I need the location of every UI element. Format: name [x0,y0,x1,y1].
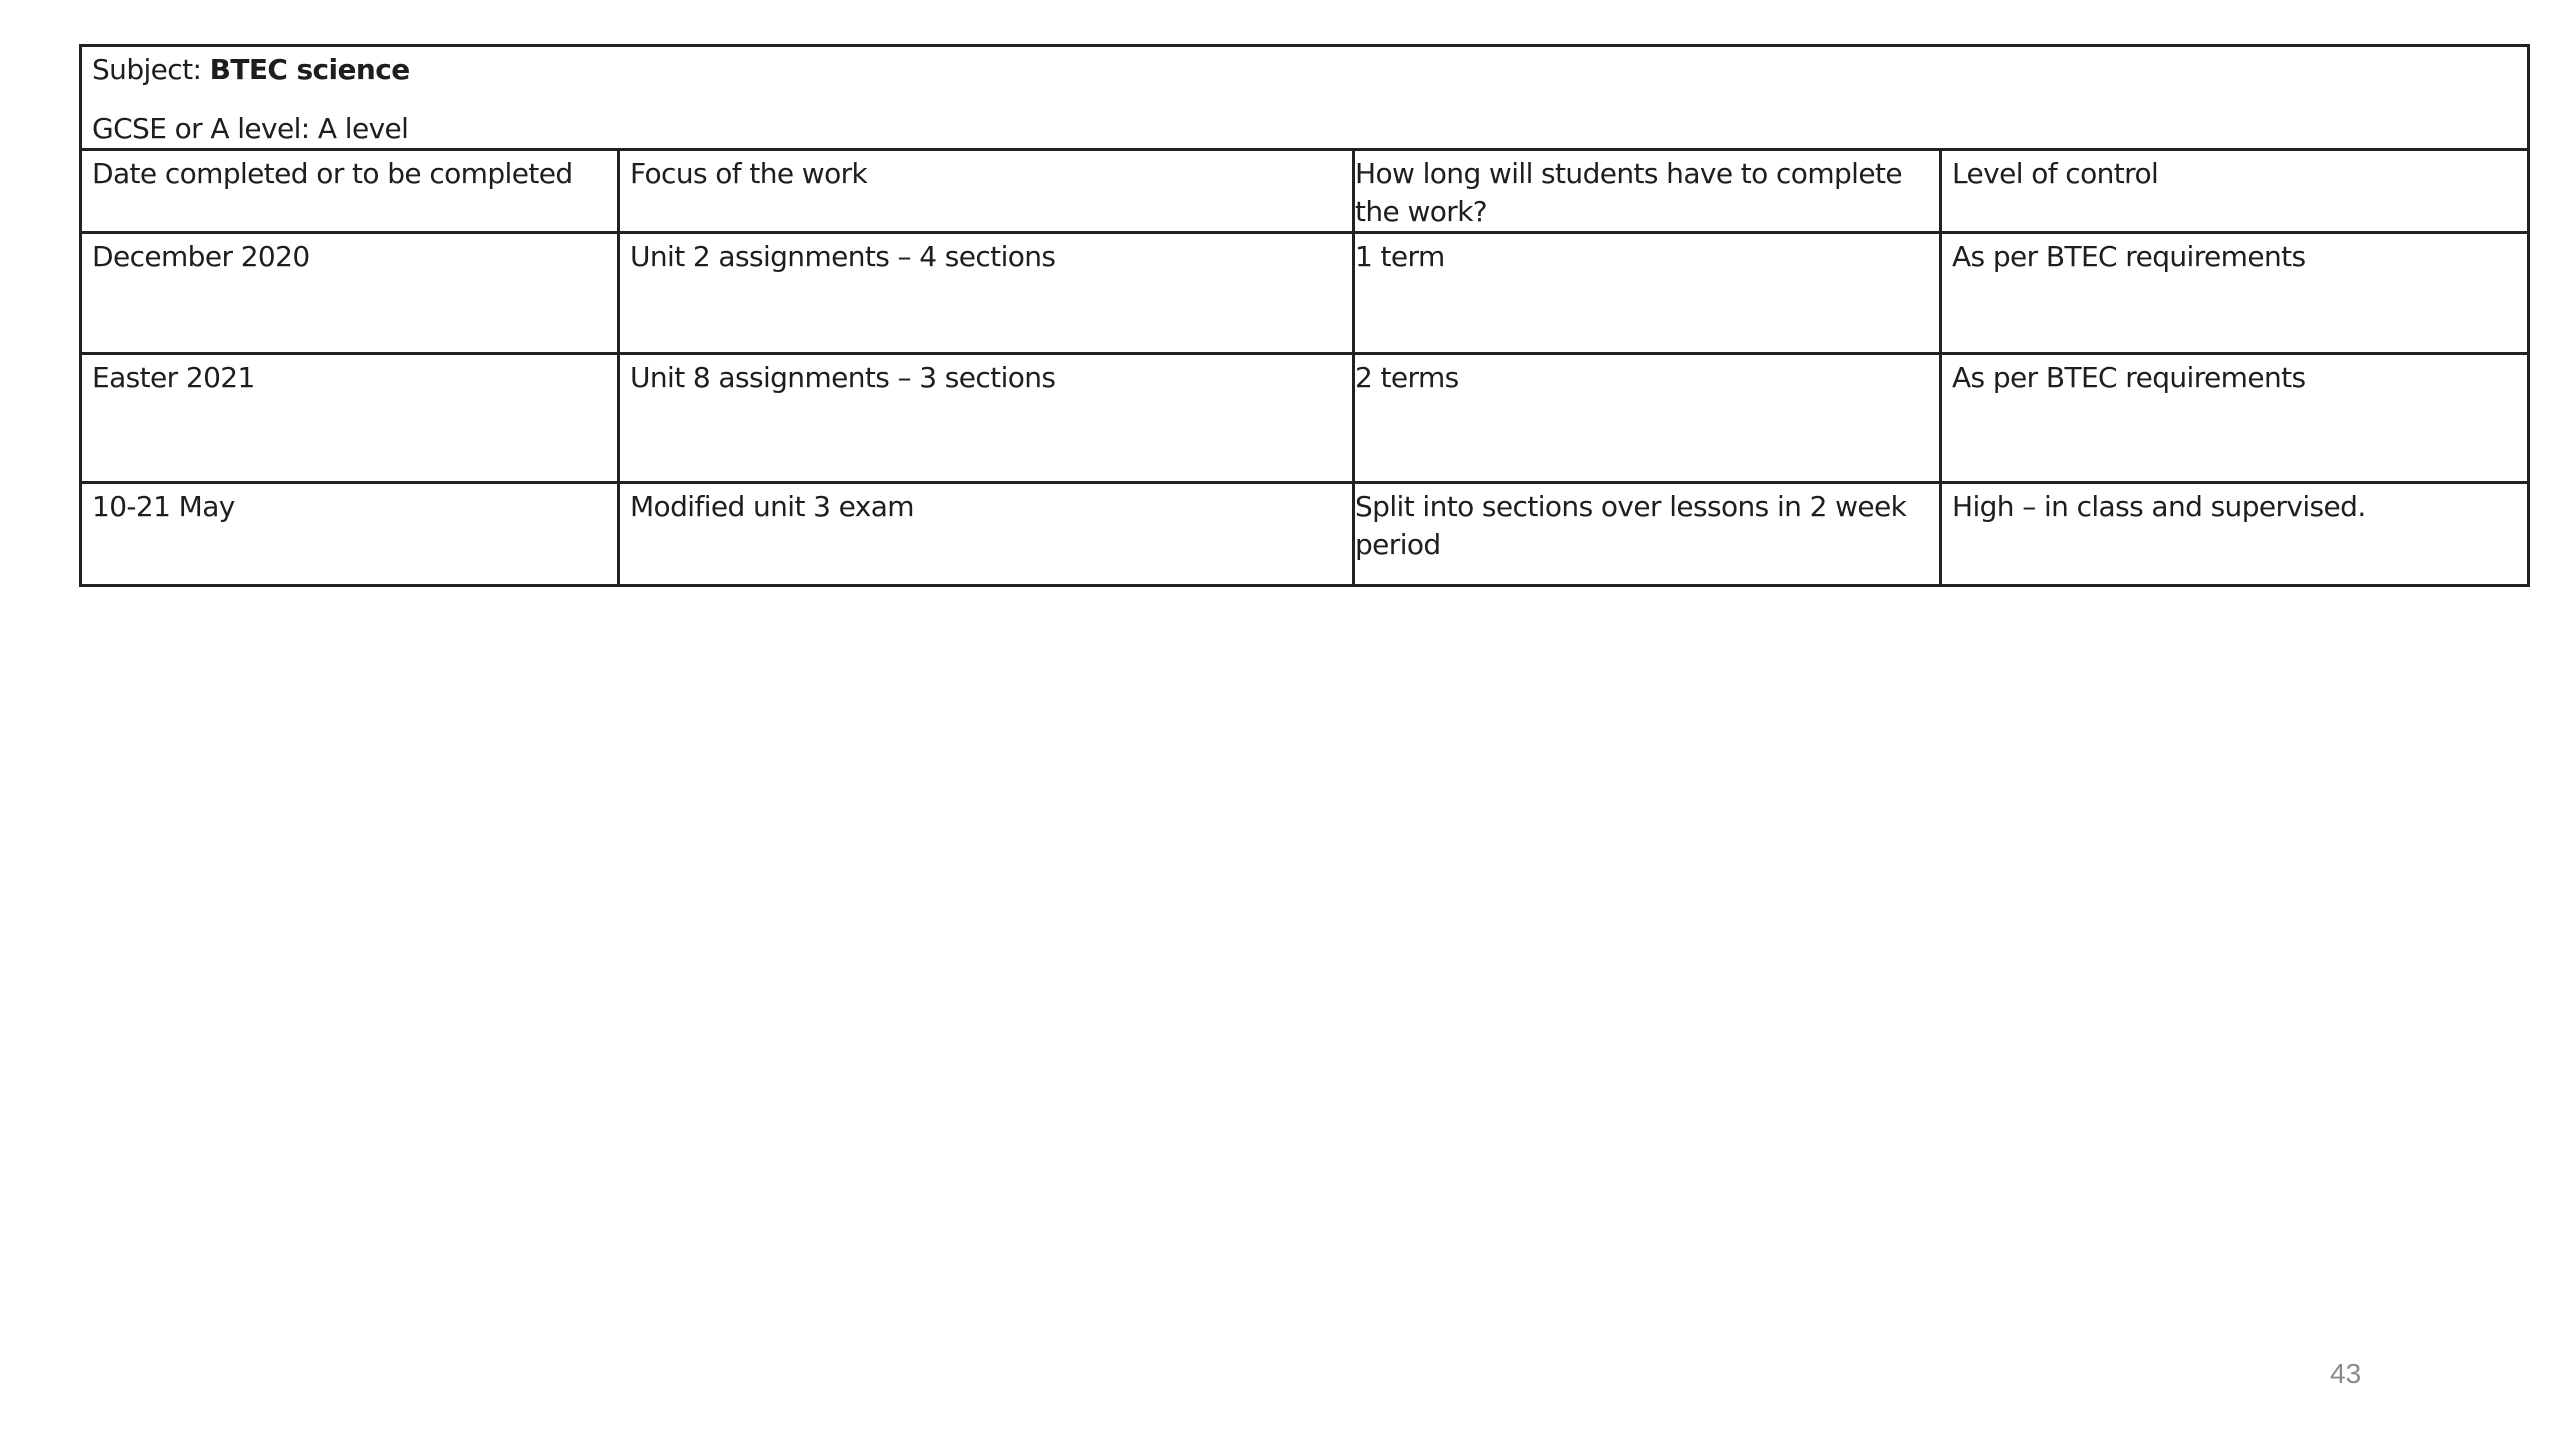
slide: Subject: BTEC science GCSE or A level: A… [0,0,2560,1440]
assessment-plan-table: Subject: BTEC science GCSE or A level: A… [79,44,2530,587]
cell-duration: 2 terms [1354,354,1941,483]
header-row: Date completed or to be completed Focus … [81,150,2529,233]
column-header-date: Date completed or to be completed [81,150,619,233]
cell-control: As per BTEC requirements [1941,233,2529,354]
cell-focus: Unit 8 assignments – 3 sections [619,354,1354,483]
cell-duration: Split into sections over lessons in 2 we… [1354,483,1941,586]
cell-date: December 2020 [81,233,619,354]
level-line: GCSE or A level: A level [92,110,2517,148]
table-row: 10-21 May Modified unit 3 exam Split int… [81,483,2529,586]
title-cell: Subject: BTEC science GCSE or A level: A… [81,46,2529,150]
subject-value: BTEC science [210,53,410,86]
cell-focus: Modified unit 3 exam [619,483,1354,586]
column-header-duration: How long will students have to complete … [1354,150,1941,233]
page-number: 43 [2330,1358,2361,1390]
cell-date: 10-21 May [81,483,619,586]
cell-control: High – in class and supervised. [1941,483,2529,586]
cell-control: As per BTEC requirements [1941,354,2529,483]
table-row: Easter 2021 Unit 8 assignments – 3 secti… [81,354,2529,483]
title-row: Subject: BTEC science GCSE or A level: A… [81,46,2529,150]
cell-date: Easter 2021 [81,354,619,483]
cell-duration: 1 term [1354,233,1941,354]
cell-focus: Unit 2 assignments – 4 sections [619,233,1354,354]
subject-label: Subject: [92,53,210,86]
column-header-focus: Focus of the work [619,150,1354,233]
subject-line: Subject: BTEC science [92,51,2517,89]
table-row: December 2020 Unit 2 assignments – 4 sec… [81,233,2529,354]
column-header-control: Level of control [1941,150,2529,233]
